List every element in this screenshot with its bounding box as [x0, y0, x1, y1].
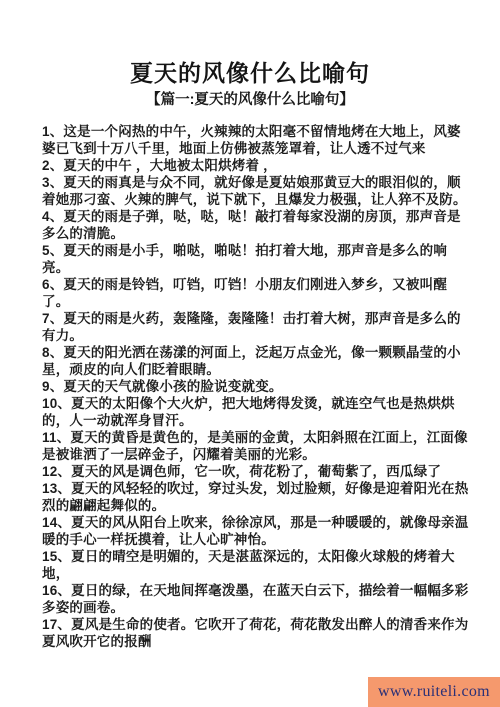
item-text: 夏天的黄昏是黄色的，是美丽的金黄，太阳斜照在江面上，江面像是被谁洒了一层碎金子，…: [42, 430, 468, 462]
item-number: 11、: [42, 430, 70, 445]
list-item: 8、夏天的阳光洒在荡漾的河面上，泛起万点金光，像一颗颗晶莹的小星，顽皮的向人们眨…: [42, 344, 472, 378]
item-number: 16、: [42, 583, 71, 598]
item-number: 8、: [42, 345, 63, 360]
item-number: 15、: [42, 549, 71, 564]
item-text: 夏风是生命的使者。它吹开了荷花，荷花散发出醉人的清香来作为夏风吹开它的报酬: [42, 617, 468, 649]
list-item: 13、夏天的风轻轻的吹过，穿过头发，划过脸颊，好像是迎着阳光在热烈的翩翩起舞似的…: [42, 480, 472, 514]
item-text: 夏天的雨是小手，啪哒，啪哒！拍打着大地，那声音是多么的响亮。: [42, 243, 447, 275]
list-item: 11、夏天的黄昏是黄色的，是美丽的金黄，太阳斜照在江面上，江面像是被谁洒了一层碎…: [42, 429, 472, 463]
simile-list: 1、这是一个闷热的中午，火辣辣的太阳毫不留情地烤在大地上，风婆婆已飞到十万八千里…: [42, 123, 472, 650]
item-text: 夏日的绿，在天地间挥毫泼墨，在蓝天白云下，描绘着一幅幅多彩多姿的画卷。: [42, 583, 468, 615]
item-text: 夏日的晴空是明媚的，天是湛蓝深远的，太阳像火球般的烤着大地，: [42, 549, 455, 581]
watermark-link[interactable]: www.ruiteli.com: [378, 683, 490, 701]
list-item: 15、夏日的晴空是明媚的，天是湛蓝深远的，太阳像火球般的烤着大地，: [42, 548, 472, 582]
item-text: 夏天的雨是子弹，哒，哒，哒！敲打着每家没湖的房顶，那声音是多么的清脆。: [42, 209, 461, 241]
item-number: 12、: [42, 464, 71, 479]
item-number: 10、: [42, 396, 71, 411]
item-text: 夏天的雨是火药，轰隆隆，轰隆隆！击打着大树，那声音是多么的有力。: [42, 311, 461, 343]
item-text: 夏天的太阳像个大火炉，把大地烤得发烫，就连空气也是热烘烘的，人一动就浑身冒汗。: [42, 396, 455, 428]
list-item: 14、夏天的风从阳台上吹来，徐徐凉风，那是一种暖暖的，就像母亲温暖的手心一样抚摸…: [42, 514, 472, 548]
item-text: 夏天的风从阳台上吹来，徐徐凉风，那是一种暖暖的，就像母亲温暖的手心一样抚摸着，让…: [42, 515, 468, 547]
list-item: 1、这是一个闷热的中午，火辣辣的太阳毫不留情地烤在大地上，风婆婆已飞到十万八千里…: [42, 123, 472, 157]
list-item: 2、夏天的中午 ，大地被太阳烘烤着 ，: [42, 157, 472, 174]
list-item: 10、夏天的太阳像个大火炉，把大地烤得发烫，就连空气也是热烘烘的，人一动就浑身冒…: [42, 395, 472, 429]
page-title: 夏天的风像什么比喻句: [0, 0, 500, 88]
item-number: 5、: [42, 243, 63, 258]
item-number: 17、: [42, 617, 71, 632]
item-text: 夏天的风是调色师，它一吹，荷花粉了，葡萄紫了，西瓜绿了: [71, 464, 441, 479]
item-text: 夏天的中午 ，大地被太阳烘烤着 ，: [63, 158, 276, 173]
list-item: 17、夏风是生命的使者。它吹开了荷花，荷花散发出醉人的清香来作为夏风吹开它的报酬: [42, 616, 472, 650]
list-item: 9、夏天的天气就像小孩的脸说变就变。: [42, 378, 472, 395]
section-heading: 【篇一:夏天的风像什么比喻句】: [0, 91, 500, 110]
item-text: 夏天的风轻轻的吹过，穿过头发，划过脸颊，好像是迎着阳光在热烈的翩翩起舞似的。: [42, 481, 468, 513]
item-number: 14、: [42, 515, 71, 530]
item-number: 7、: [42, 311, 63, 326]
item-number: 1、: [42, 124, 63, 139]
item-number: 13、: [42, 481, 71, 496]
item-text: 这是一个闷热的中午，火辣辣的太阳毫不留情地烤在大地上，风婆婆已飞到十万八千里，地…: [42, 124, 461, 156]
item-number: 3、: [42, 175, 63, 190]
item-text: 夏天的天气就像小孩的脸说变就变。: [63, 379, 282, 394]
item-number: 9、: [42, 379, 63, 394]
list-item: 12、夏天的风是调色师，它一吹，荷花粉了，葡萄紫了，西瓜绿了: [42, 463, 472, 480]
list-item: 4、夏天的雨是子弹，哒，哒，哒！敲打着每家没湖的房顶，那声音是多么的清脆。: [42, 208, 472, 242]
document-page: 夏天的风像什么比喻句 【篇一:夏天的风像什么比喻句】 1、这是一个闷热的中午，火…: [0, 0, 500, 707]
item-text: 夏天的雨是铃铛，叮铛，叮铛！小朋友们刚进入梦乡，又被叫醒了。: [42, 277, 447, 309]
item-number: 2、: [42, 158, 63, 173]
list-item: 3、夏天的雨真是与众不同，就好像是夏姑娘那黄豆大的眼泪似的，顺着她那刁蛮、火辣的…: [42, 174, 472, 208]
list-item: 7、夏天的雨是火药，轰隆隆，轰隆隆！击打着大树，那声音是多么的有力。: [42, 310, 472, 344]
item-text: 夏天的雨真是与众不同，就好像是夏姑娘那黄豆大的眼泪似的，顺着她那刁蛮、火辣的脾气…: [42, 175, 467, 207]
item-number: 6、: [42, 277, 63, 292]
list-item: 16、夏日的绿，在天地间挥毫泼墨，在蓝天白云下，描绘着一幅幅多彩多姿的画卷。: [42, 582, 472, 616]
item-text: 夏天的阳光洒在荡漾的河面上，泛起万点金光，像一颗颗晶莹的小星，顽皮的向人们眨着眼…: [42, 345, 461, 377]
list-item: 5、夏天的雨是小手，啪哒，啪哒！拍打着大地，那声音是多么的响亮。: [42, 242, 472, 276]
item-number: 4、: [42, 209, 63, 224]
watermark-badge: www.ruiteli.com: [368, 677, 500, 707]
list-item: 6、夏天的雨是铃铛，叮铛，叮铛！小朋友们刚进入梦乡，又被叫醒了。: [42, 276, 472, 310]
